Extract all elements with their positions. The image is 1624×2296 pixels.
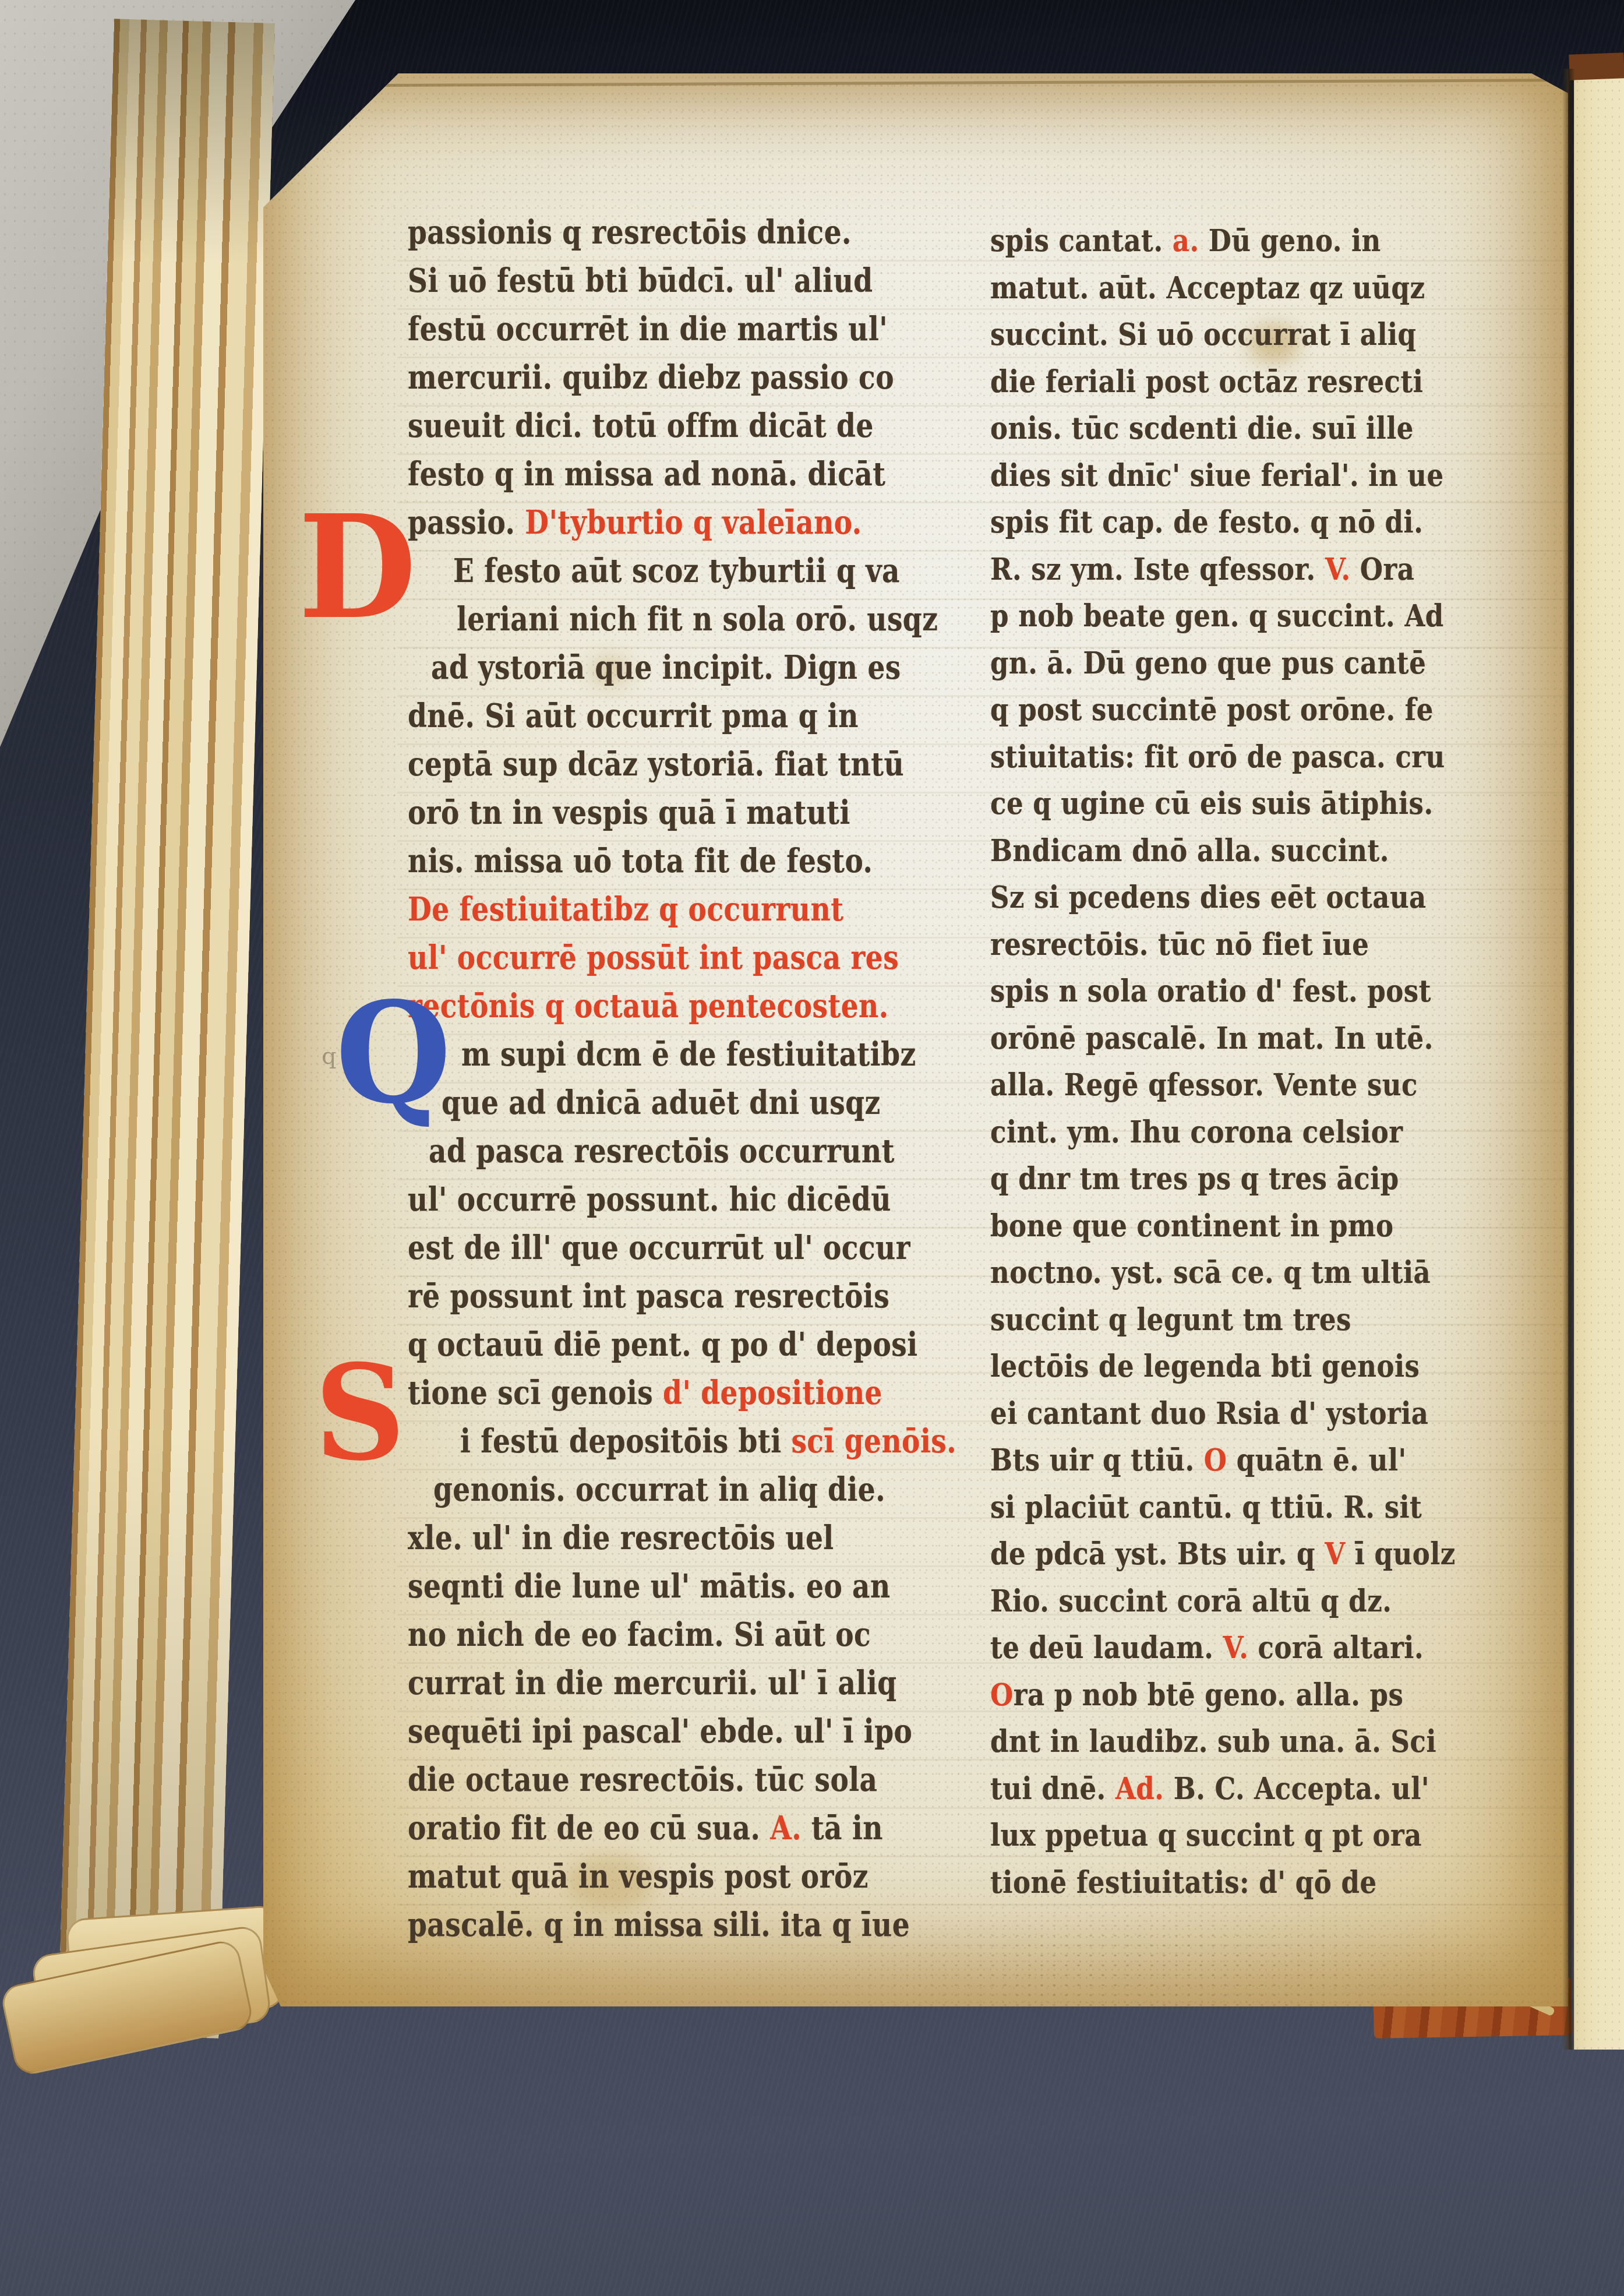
text-run: O — [1204, 1441, 1227, 1478]
text-run: ad ystoriā que incipit. Dign es — [431, 649, 901, 687]
text-run: Sz si pcedens dies eēt octaua — [990, 879, 1427, 915]
text-run: sequēti ipi pascal' ebde. ul' ī ipo — [408, 1713, 912, 1751]
text-line: spis fit cap. de festo. q nō di. — [990, 506, 1423, 537]
binding-top-sliver — [1569, 52, 1624, 80]
text-run: A. — [770, 1810, 802, 1847]
text-run: seqnti die lune ul' mātis. eo an — [408, 1568, 891, 1606]
text-line: onis. tūc scdenti die. suī ille — [990, 412, 1414, 443]
text-line: oratio fit de eo cū sua. A. tā in — [408, 1812, 883, 1844]
text-line: cint. ym. Ihu corona celsior — [990, 1116, 1403, 1147]
text-run: V. — [1325, 551, 1351, 587]
text-line: rē possunt int pasca resrectōis — [408, 1281, 889, 1313]
text-line: p nob beate gen. q succint. Ad — [990, 600, 1444, 631]
text-run: lux ppetua q succint q pt ora — [990, 1817, 1422, 1853]
text-run: q octauū diē pent. q po d' deposi — [408, 1326, 918, 1364]
text-line: Bts uir q ttiū. O quātn ē. ul' — [990, 1444, 1407, 1475]
text-line: Sz si pcedens dies eēt octaua — [990, 881, 1427, 912]
text-line: lectōis de legenda bti genois — [990, 1350, 1420, 1381]
text-run: nis. missa uō tota fit de festo. — [408, 842, 873, 880]
text-run: R. sz ym. Iste qfessor. — [990, 551, 1325, 587]
text-run: noctno. yst. scā ce. q tm ultiā — [990, 1254, 1431, 1290]
text-run: De festiuitatibz q occurrunt — [408, 891, 843, 929]
text-run: orōnē pascalē. In mat. In utē. — [990, 1020, 1434, 1056]
text-run: stiuitatis: fit orō de pasca. cru — [990, 738, 1445, 775]
text-line: genonis. occurrat in aliq die. — [408, 1474, 885, 1506]
text-run: te deū laudam. — [990, 1629, 1223, 1666]
text-line: nis. missa uō tota fit de festo. — [408, 845, 873, 877]
text-run: dnē. Si aūt occurrit pma q in — [408, 697, 859, 735]
page-crease — [1562, 69, 1575, 2050]
text-run: xle. ul' in die resrectōis uel — [408, 1519, 834, 1557]
text-run: V. — [1223, 1629, 1249, 1666]
text-line: currat in die mercurii. ul' ī aliq — [408, 1667, 897, 1699]
text-line: de pdcā yst. Bts uir. q V ī quolz — [990, 1538, 1456, 1569]
text-run: sueuit dici. totū offm dicāt de — [408, 407, 874, 445]
text-run: ce q ugine cū eis suis ātiphis. — [990, 785, 1434, 821]
text-run: quātn ē. ul' — [1227, 1441, 1407, 1478]
text-line: succint q legunt tm tres — [990, 1304, 1351, 1335]
text-run: resrectōis. tūc nō fiet īue — [990, 926, 1369, 962]
text-run: matut quā in vespis post orōz — [408, 1858, 869, 1896]
text-line: spis cantat. a. Dū geno. in — [990, 225, 1381, 256]
text-run: ad pasca resrectōis occurrunt — [429, 1133, 895, 1170]
text-line: die feriali post octāz resrecti — [990, 366, 1423, 397]
text-line: te deū laudam. V. corā altari. — [990, 1632, 1424, 1663]
text-run: de pdcā yst. Bts uir. q — [990, 1535, 1325, 1572]
text-run: tā in — [802, 1810, 883, 1847]
text-line: seqnti die lune ul' mātis. eo an — [408, 1571, 891, 1603]
text-run: B. C. Accepta. ul' — [1164, 1770, 1429, 1807]
text-run: lectōis de legenda bti genois — [990, 1348, 1420, 1384]
text-run: Dū geno. in — [1199, 222, 1381, 259]
text-line: festo q in missa ad nonā. dicāt — [408, 459, 886, 491]
text-line: ad ystoriā que incipit. Dign es — [408, 652, 901, 684]
text-line: sueuit dici. totū offm dicāt de — [408, 410, 874, 442]
text-line: orō tn in vespis quā ī matuti — [408, 797, 850, 829]
text-line: m supi dcm ē de festiuitatibz — [408, 1039, 916, 1071]
text-line: lux ppetua q succint q pt ora — [990, 1819, 1422, 1850]
text-run: onis. tūc scdenti die. suī ille — [990, 410, 1414, 446]
text-line: dnē. Si aūt occurrit pma q in — [408, 700, 859, 732]
text-run: succint q legunt tm tres — [990, 1301, 1351, 1338]
text-run: scī genōis. — [791, 1423, 956, 1461]
facing-page-edge — [1574, 69, 1624, 2050]
text-line: ul' occurrē possunt. hic dicēdū — [408, 1184, 891, 1216]
text-line: stiuitatis: fit orō de pasca. cru — [990, 741, 1445, 772]
text-run: m supi dcm ē de festiuitatibz — [461, 1036, 916, 1074]
text-line: noctno. yst. scā ce. q tm ultiā — [990, 1257, 1431, 1288]
text-line: q dnr tm tres ps q tres ācip — [990, 1163, 1399, 1194]
text-line: tionē festiuitatis: d' qō de — [990, 1867, 1377, 1898]
text-line: passionis q resrectōis dnice. — [408, 217, 852, 249]
text-run: die feriali post octāz resrecti — [990, 363, 1423, 400]
text-line: alla. Regē qfessor. Vente suc — [990, 1069, 1418, 1100]
text-line: matut quā in vespis post orōz — [408, 1861, 869, 1893]
text-run: passionis q resrectōis dnice. — [408, 214, 852, 252]
text-line: resrectōis. tūc nō fiet īue — [990, 929, 1369, 960]
text-run: a. — [1173, 222, 1199, 259]
text-line: festū occurrēt in die martis ul' — [408, 313, 888, 345]
text-run: D'tyburtio q valeīano. — [525, 504, 862, 542]
text-run: alla. Regē qfessor. Vente suc — [990, 1066, 1418, 1103]
text-line: rectōnis q octauā pentecosten. — [408, 990, 889, 1022]
text-run: die octaue resrectōis. tūc sola — [408, 1761, 878, 1799]
text-run: q post succintē post orōne. fe — [990, 691, 1434, 728]
text-line: dnt in laudibz. sub una. ā. Sci — [990, 1726, 1436, 1757]
text-run: que ad dnicā aduēt dni usqz — [442, 1084, 881, 1122]
text-line: die octaue resrectōis. tūc sola — [408, 1764, 878, 1796]
text-run: V — [1325, 1535, 1345, 1572]
text-run: festo q in missa ad nonā. dicāt — [408, 456, 886, 493]
text-line: si placiūt cantū. q ttiū. R. sit — [990, 1491, 1422, 1522]
text-line: i festū depositōis bti scī genōis. — [408, 1426, 956, 1458]
text-run: succint. Si uō occurrat ī aliq — [990, 316, 1417, 352]
text-run: ceptā sup dcāz ystoriā. fiat tntū — [408, 746, 904, 784]
text-run: i festū depositōis bti — [460, 1423, 791, 1461]
text-line: E festo aūt scoz tyburtii q va — [408, 555, 900, 587]
text-run: pascalē. q in missa sili. ita q īue — [408, 1906, 910, 1944]
text-line: ei cantant duo Rsia d' ystoria — [990, 1398, 1428, 1429]
text-line: succint. Si uō occurrat ī aliq — [990, 319, 1417, 350]
margin-guide-letter: q — [322, 1043, 337, 1070]
text-run: festū occurrēt in die martis ul' — [408, 311, 888, 348]
text-line: passio. D'tyburtio q valeīano. — [408, 507, 862, 539]
illuminated-initial-q: Q — [336, 1000, 451, 1108]
text-run: bone que continent in pmo — [990, 1207, 1394, 1244]
manuscript-photo: passionis q resrectōis dnice.Si uō festū… — [0, 0, 1624, 2296]
text-run: p nob beate gen. q succint. Ad — [990, 597, 1444, 634]
text-run: oratio fit de eo cū sua. — [408, 1810, 770, 1847]
text-line: gn. ā. Dū geno que pus cantē — [990, 647, 1426, 678]
text-line: no nich de eo facim. Si aūt oc — [408, 1619, 871, 1651]
text-line: De festiuitatibz q occurrunt — [408, 894, 843, 926]
text-run: gn. ā. Dū geno que pus cantē — [990, 644, 1426, 681]
text-run: spis n sola oratio d' fest. post — [990, 972, 1431, 1009]
text-line: sequēti ipi pascal' ebde. ul' ī ipo — [408, 1716, 912, 1748]
text-line: R. sz ym. Iste qfessor. V. Ora — [990, 553, 1414, 584]
text-run: spis cantat. — [990, 222, 1173, 259]
text-run: Si uō festū bti būdcī. ul' aliud — [408, 262, 873, 300]
text-line: bone que continent in pmo — [990, 1210, 1394, 1241]
text-run: currat in die mercurii. ul' ī aliq — [408, 1664, 897, 1702]
text-run: dnt in laudibz. sub una. ā. Sci — [990, 1723, 1436, 1759]
text-run: est de ill' que occurrūt ul' occur — [408, 1229, 910, 1267]
text-run: E festo aūt scoz tyburtii q va — [453, 552, 900, 590]
text-run: Bndicam dnō alla. succint. — [990, 832, 1389, 869]
text-line: Rio. succint corā altū q dz. — [990, 1585, 1392, 1616]
text-run: ul' occurrē possūt int pasca res — [408, 939, 899, 977]
text-line: mercurii. quibz diebz passio co — [408, 362, 894, 394]
text-run: spis fit cap. de festo. q nō di. — [990, 503, 1423, 540]
text-run: ei cantant duo Rsia d' ystoria — [990, 1395, 1428, 1431]
text-run: ī quolz — [1346, 1535, 1456, 1572]
text-line: q post succintē post orōne. fe — [990, 694, 1434, 725]
text-run: tui dnē. — [990, 1770, 1115, 1807]
text-line: Bndicam dnō alla. succint. — [990, 835, 1389, 866]
text-line: ce q ugine cū eis suis ātiphis. — [990, 788, 1434, 819]
text-line: dies sit dnīc' siue ferial'. in ue — [990, 460, 1444, 491]
text-run: dies sit dnīc' siue ferial'. in ue — [990, 457, 1444, 493]
text-line: pascalē. q in missa sili. ita q īue — [408, 1909, 910, 1941]
text-line: Ora p nob btē geno. alla. ps — [990, 1679, 1403, 1710]
text-line: orōnē pascalē. In mat. In utē. — [990, 1022, 1434, 1053]
text-run: genonis. occurrat in aliq die. — [433, 1471, 885, 1509]
text-run: orō tn in vespis quā ī matuti — [408, 794, 850, 832]
text-line: xle. ul' in die resrectōis uel — [408, 1522, 834, 1554]
illuminated-initial-s: S — [315, 1362, 405, 1464]
text-run: mercurii. quibz diebz passio co — [408, 359, 894, 397]
text-line: spis n sola oratio d' fest. post — [990, 975, 1431, 1006]
text-run: si placiūt cantū. q ttiū. R. sit — [990, 1489, 1422, 1525]
illuminated-initial-d: D — [298, 513, 416, 623]
text-run: no nich de eo facim. Si aūt oc — [408, 1616, 871, 1654]
text-run: Ora — [1351, 551, 1415, 587]
text-run: Bts uir q ttiū. — [990, 1441, 1204, 1478]
text-line: que ad dnicā aduēt dni usqz — [408, 1087, 881, 1119]
text-run: tionē festiuitatis: d' qō de — [990, 1864, 1377, 1900]
text-run: passio. — [408, 504, 525, 542]
text-run: O — [990, 1676, 1014, 1713]
text-line: q octauū diē pent. q po d' deposi — [408, 1329, 918, 1361]
text-run: matut. aūt. Acceptaz qz uūqz — [990, 269, 1425, 306]
text-run: q dnr tm tres ps q tres ācip — [990, 1160, 1399, 1197]
text-line: matut. aūt. Acceptaz qz uūqz — [990, 272, 1425, 303]
text-run: ra p nob btē geno. alla. ps — [1014, 1676, 1404, 1713]
text-run: ul' occurrē possunt. hic dicēdū — [408, 1181, 891, 1219]
text-line: est de ill' que occurrūt ul' occur — [408, 1232, 910, 1264]
text-line: ul' occurrē possūt int pasca res — [408, 942, 899, 974]
text-line: tione scī genois d' depositione — [408, 1377, 882, 1409]
text-run: rē possunt int pasca resrectōis — [408, 1278, 889, 1315]
text-run: rectōnis q octauā pentecosten. — [408, 987, 889, 1025]
text-line: ad pasca resrectōis occurrunt — [408, 1135, 895, 1168]
text-run: d' depositione — [663, 1374, 882, 1412]
text-run: leriani nich fit n sola orō. usqz — [457, 601, 938, 639]
text-run: Ad. — [1115, 1770, 1164, 1807]
text-line: ceptā sup dcāz ystoriā. fiat tntū — [408, 749, 904, 781]
text-run: tione scī genois — [408, 1374, 663, 1412]
text-line: leriani nich fit n sola orō. usqz — [408, 604, 938, 636]
text-line: Si uō festū bti būdcī. ul' aliud — [408, 265, 873, 297]
text-line: tui dnē. Ad. B. C. Accepta. ul' — [990, 1773, 1429, 1804]
text-run: cint. ym. Ihu corona celsior — [990, 1113, 1403, 1150]
text-run: corā altari. — [1248, 1629, 1424, 1666]
text-run: Rio. succint corā altū q dz. — [990, 1582, 1392, 1619]
